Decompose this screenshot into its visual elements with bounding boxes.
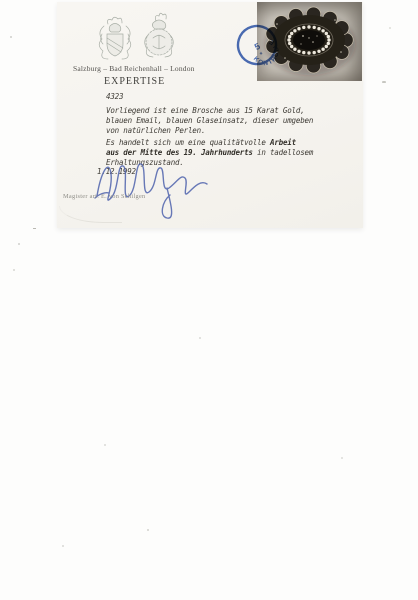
- heraldic-crest-left-icon: [94, 14, 136, 64]
- signatory-name: Magister art. E. von Schilgen: [63, 193, 146, 200]
- document-title: EXPERTISE: [104, 76, 165, 87]
- paragraph-line: blauen Email, blauen Glaseinsatz, dieser…: [106, 116, 313, 126]
- card-corner-shadow: [59, 206, 122, 223]
- certificate-number: 4323: [106, 92, 123, 102]
- cities-line: Salzburg – Bad Reichenhall – London: [73, 64, 253, 73]
- kontrolle-stamp: KONTROLLE 5 ✶: [233, 21, 281, 69]
- scanned-expertise-document: Salzburg – Bad Reichenhall – London EXPE…: [0, 0, 418, 600]
- expertise-card: Salzburg – Bad Reichenhall – London EXPE…: [57, 2, 363, 228]
- paragraph-line: Es handelt sich um eine qualitätvolle Ar…: [106, 138, 313, 148]
- paragraph-line: Vorliegend ist eine Brosche aus 15 Karat…: [106, 106, 313, 116]
- stamp-star-icon: ✶: [258, 50, 265, 57]
- description-paragraph: Vorliegend ist eine Brosche aus 15 Karat…: [106, 106, 313, 135]
- bold-phrase: Arbeit: [270, 138, 296, 147]
- stamp-number: 5: [253, 41, 262, 52]
- heraldic-crest-right-icon: [136, 11, 182, 64]
- paragraph-line: von natürlichen Perlen.: [106, 126, 313, 136]
